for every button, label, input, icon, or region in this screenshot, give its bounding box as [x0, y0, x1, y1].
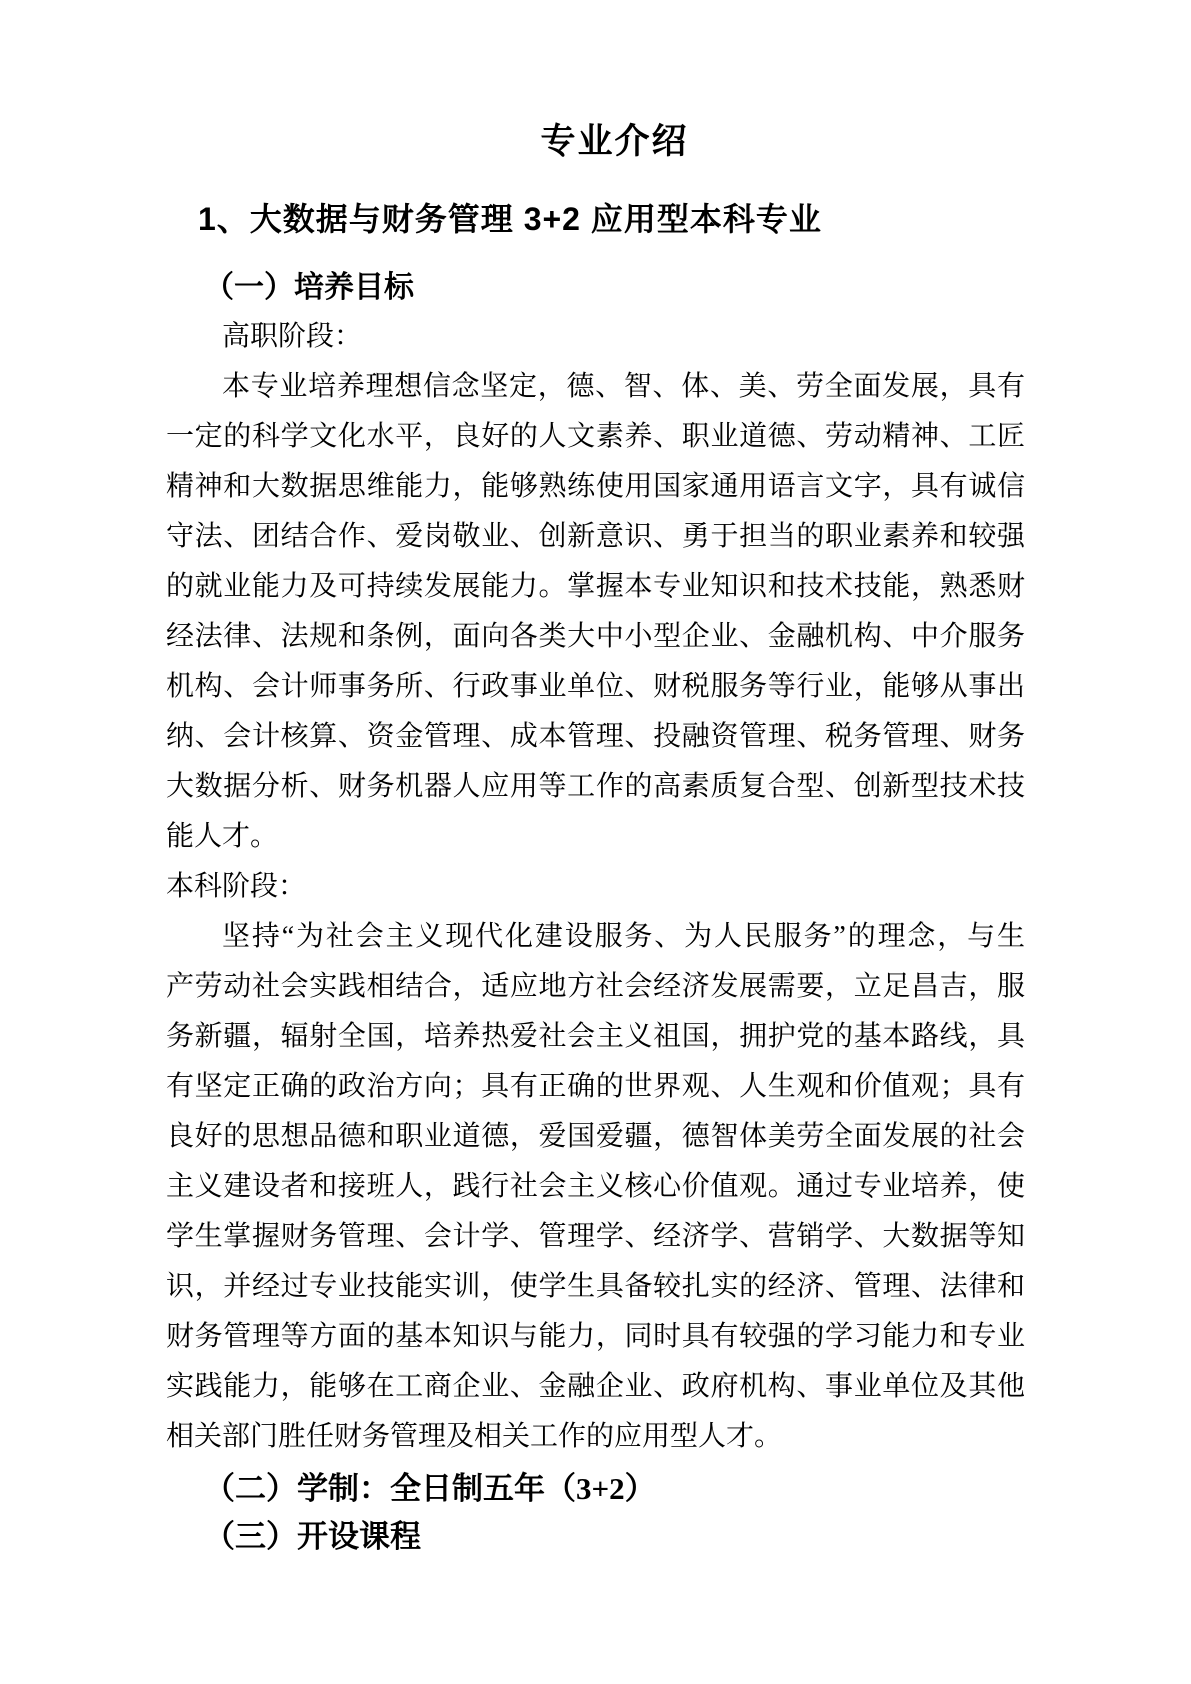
text-line: 机构、会计师事务所、行政事业单位、财税服务等行业，能够从事出 — [166, 662, 1025, 712]
section-heading-courses: （三）开设课程 — [166, 1515, 1025, 1559]
text-line: 实践能力，能够在工商企业、金融企业、政府机构、事业单位及其他 — [166, 1362, 1025, 1412]
document-title: 专业介绍 — [204, 0, 1025, 164]
text-line: 识，并经过专业技能实训，使学生具备较扎实的经济、管理、法律和 — [166, 1262, 1025, 1312]
program-heading: 1、大数据与财务管理 3+2 应用型本科专业 — [166, 198, 1025, 240]
text-line: 精神和大数据思维能力，能够熟练使用国家通用语言文字，具有诚信 — [166, 462, 1025, 512]
text-line: 良好的思想品德和职业道德，爱国爱疆，德智体美劳全面发展的社会 — [166, 1112, 1025, 1162]
section-heading-objectives: （一）培养目标 — [166, 268, 1025, 308]
stage-label-undergraduate: 本科阶段： — [166, 862, 1025, 912]
text-line: 财务管理等方面的基本知识与能力，同时具有较强的学习能力和专业 — [166, 1312, 1025, 1362]
stage-label-vocational: 高职阶段： — [166, 312, 1025, 362]
paragraph-vocational-stage: 本专业培养理想信念坚定，德、智、体、美、劳全面发展，具有 一定的科学文化水平，良… — [166, 362, 1025, 862]
paragraph-undergraduate-stage: 坚持“为社会主义现代化建设服务、为人民服务”的理念，与生 产劳动社会实践相结合，… — [166, 912, 1025, 1462]
text-line: 学生掌握财务管理、会计学、管理学、经济学、营销学、大数据等知 — [166, 1212, 1025, 1262]
text-line: 经法律、法规和条例，面向各类大中小型企业、金融机构、中介服务 — [166, 612, 1025, 662]
text-line: 守法、团结合作、爱岗敬业、创新意识、勇于担当的职业素养和较强 — [166, 512, 1025, 562]
text-line: 一定的科学文化水平，良好的人文素养、职业道德、劳动精神、工匠 — [166, 412, 1025, 462]
text-line: 的就业能力及可持续发展能力。掌握本专业知识和技术技能，熟悉财 — [166, 562, 1025, 612]
text-line: 纳、会计核算、资金管理、成本管理、投融资管理、税务管理、财务 — [166, 712, 1025, 762]
section-heading-duration: （二）学制：全日制五年（3+2） — [166, 1467, 1025, 1511]
text-line: 坚持“为社会主义现代化建设服务、为人民服务”的理念，与生 — [166, 912, 1025, 962]
text-line: 本专业培养理想信念坚定，德、智、体、美、劳全面发展，具有 — [166, 362, 1025, 412]
text-line: 主义建设者和接班人，践行社会主义核心价值观。通过专业培养，使 — [166, 1162, 1025, 1212]
text-line: 相关部门胜任财务管理及相关工作的应用型人才。 — [166, 1412, 1025, 1462]
text-line: 能人才。 — [166, 812, 1025, 862]
text-line: 有坚定正确的政治方向；具有正确的世界观、人生观和价值观；具有 — [166, 1062, 1025, 1112]
document-page: 专业介绍 1、大数据与财务管理 3+2 应用型本科专业 （一）培养目标 高职阶段… — [0, 0, 1191, 1684]
text-line: 产劳动社会实践相结合，适应地方社会经济发展需要，立足昌吉，服 — [166, 962, 1025, 1012]
text-line: 务新疆，辐射全国，培养热爱社会主义祖国，拥护党的基本路线，具 — [166, 1012, 1025, 1062]
text-line: 大数据分析、财务机器人应用等工作的高素质复合型、创新型技术技 — [166, 762, 1025, 812]
